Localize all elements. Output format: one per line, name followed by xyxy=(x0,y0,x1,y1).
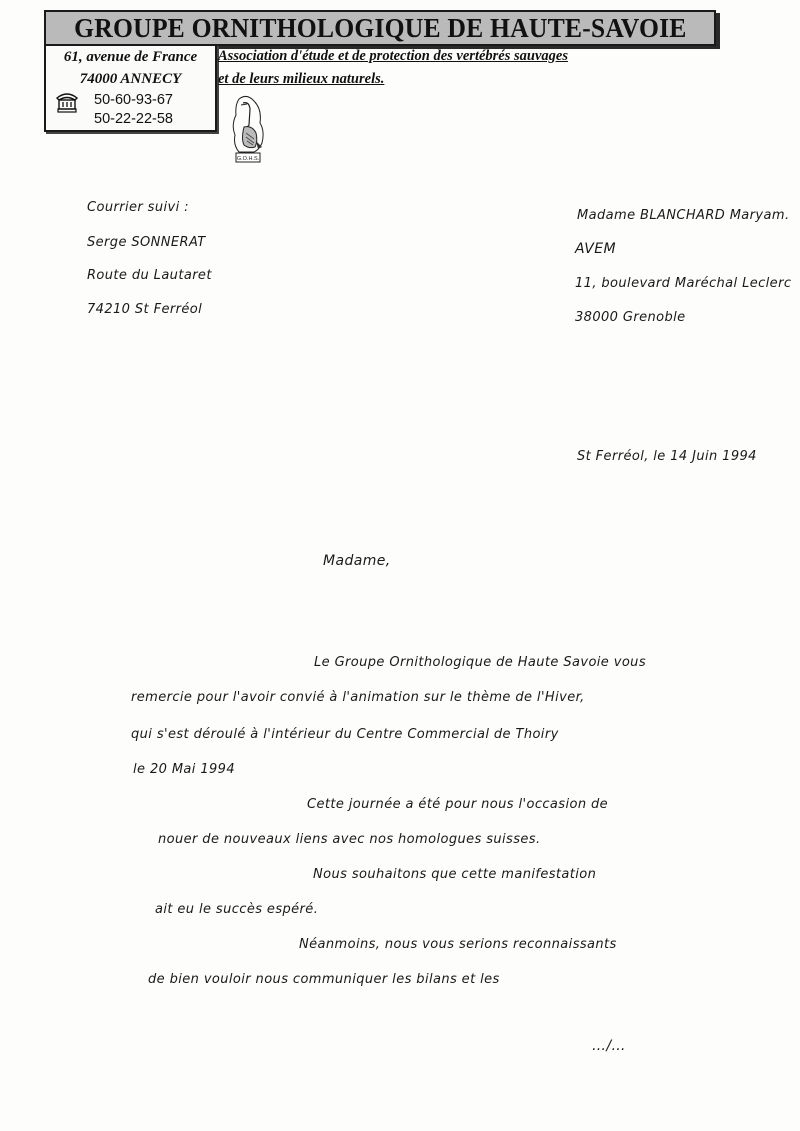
salutation: Madame, xyxy=(323,553,391,569)
bird-logo-icon: G.O.H.S. xyxy=(227,95,269,165)
svg-text:G.O.H.S.: G.O.H.S. xyxy=(237,156,260,162)
sender-street: Route du Lautaret xyxy=(87,268,212,283)
recipient-city: 38000 Grenoble xyxy=(575,310,686,325)
tagline-line-2: et de leurs milieux naturels. xyxy=(218,71,384,88)
telephone-icon xyxy=(55,91,79,113)
recipient-organization: AVEM xyxy=(575,241,616,257)
body-line: remercie pour l'avoir convié à l'animati… xyxy=(131,690,585,705)
recipient-street: 11, boulevard Maréchal Leclerc xyxy=(575,276,791,291)
letterhead-banner: GROUPE ORNITHOLOGIQUE DE HAUTE-SAVOIE xyxy=(44,10,716,46)
address-city: 74000 ANNECY xyxy=(46,71,215,88)
body-line: de bien vouloir nous communiquer les bil… xyxy=(148,972,500,987)
sender-name: Serge SONNERAT xyxy=(87,235,206,250)
date-line: St Ferréol, le 14 Juin 1994 xyxy=(577,449,757,464)
body-line: le 20 Mai 1994 xyxy=(133,762,235,777)
gohs-logo: G.O.H.S. xyxy=(227,95,269,165)
body-line: Néanmoins, nous vous serions reconnaissa… xyxy=(299,937,617,952)
sender-label: Courrier suivi : xyxy=(87,200,189,215)
sender-city: 74210 St Ferréol xyxy=(87,302,202,317)
organization-title: GROUPE ORNITHOLOGIQUE DE HAUTE-SAVOIE xyxy=(74,13,686,44)
address-street: 61, avenue de France xyxy=(46,49,215,66)
body-line: nouer de nouveaux liens avec nos homolog… xyxy=(158,832,541,847)
recipient-name: Madame BLANCHARD Maryam. xyxy=(577,208,789,223)
body-line: Le Groupe Ornithologique de Haute Savoie… xyxy=(314,655,646,670)
body-line: Cette journée a été pour nous l'occasion… xyxy=(307,797,608,812)
body-line: ait eu le succès espéré. xyxy=(155,902,318,917)
tagline-line-1: Association d'étude et de protection des… xyxy=(218,48,568,65)
phone-number-2: 50-22-22-58 xyxy=(94,111,173,127)
continuation-mark: …/… xyxy=(592,1038,626,1054)
body-line: Nous souhaitons que cette manifestation xyxy=(313,867,596,882)
address-box: 61, avenue de France 74000 ANNECY 50-60-… xyxy=(44,44,217,132)
phone-number-1: 50-60-93-67 xyxy=(94,92,173,108)
body-line: qui s'est déroulé à l'intérieur du Centr… xyxy=(131,727,559,742)
